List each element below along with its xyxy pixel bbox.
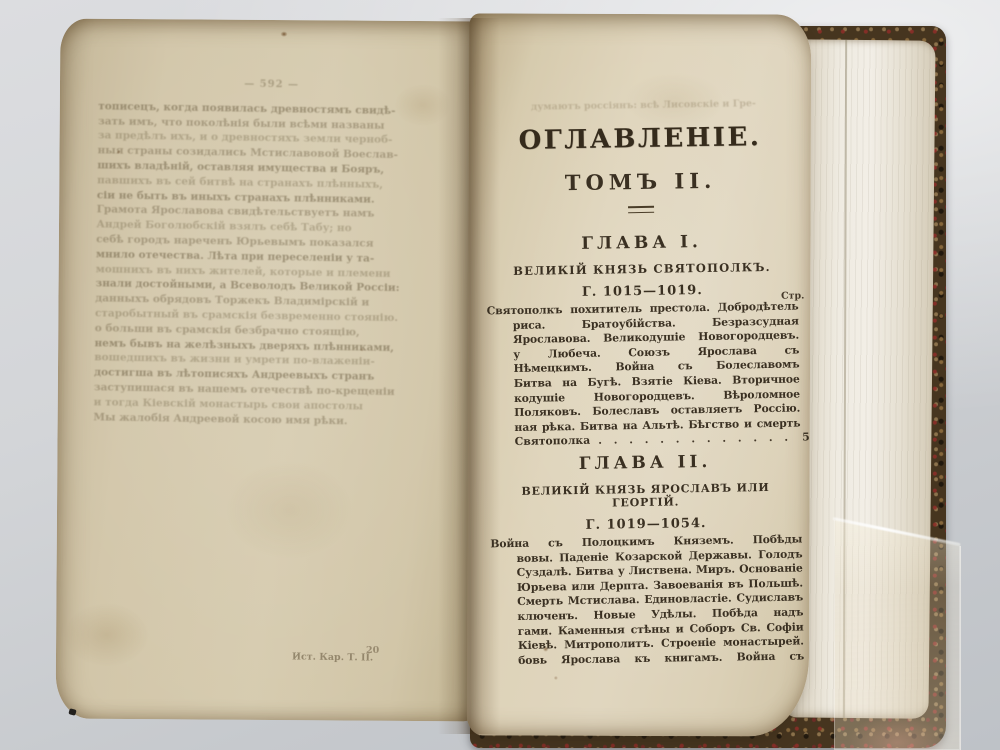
table-of-contents: думаютъ россіянъ: всѣ Лисовскіе и Гре- О… [468,11,821,738]
show-through-text: думаютъ россіянъ: всѣ Лисовскіе и Гре- [491,98,795,114]
chapter-1-years: Г. 1015—1019. [486,282,798,302]
volume-heading: ТОМЪ II. [484,168,796,197]
faded-lines: тописецъ, когда появилась древностямъ св… [93,99,444,430]
left-page-faded-text: — 592 — тописецъ, когда появилась древно… [93,75,444,430]
book-photo: — 592 — тописецъ, когда появилась древно… [0,0,1000,750]
double-rule-divider [628,206,654,213]
page-reference: 5 [796,431,810,446]
page-column-header: Стр. [781,290,805,301]
signature-mark: Ист. Кар. Т. II. [292,651,373,663]
toc-title: ОГЛАВЛЕНІЕ. [484,122,796,157]
dot-leader: . . . . . . . . . . . . . . [590,431,796,449]
leader-label: Святополка [489,434,591,450]
chapter-1-summary: Святополкъ похититель престола. Добродѣт… [487,300,801,436]
chapter-1-subheading: ВЕЛИКІЙ КНЯЗЬ СВЯТОПОЛКЪ. [486,261,798,279]
signature-number: 20 [366,645,379,656]
chapter-1-heading: ГЛАВА I. [485,231,797,256]
chapter-2-subheading: ВЕЛИКІЙ КНЯЗЬ ЯРОСЛАВЪ ИЛИ ГЕОРГІЙ. [489,480,801,511]
chapter-2-summary: Война съ Полоцкимъ Княземъ. Побѣды Мстис… [490,532,804,668]
chapter-2-years: Г. 1019—1054. [490,514,802,534]
chapter-2-heading: ГЛАВА II. [489,450,801,475]
